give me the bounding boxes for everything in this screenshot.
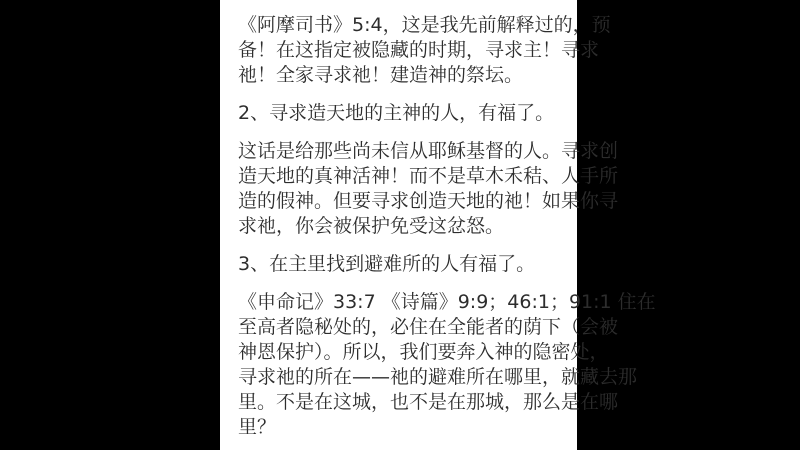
text-line: 3、在主里找到避难所的人有福了。 — [238, 252, 565, 277]
text-line: 里？ — [238, 415, 565, 440]
letterbox-background: 《阿摩司书》5:4，这是我先前解释过的，预 备！在这指定被隐藏的时期，寻求主！寻… — [0, 0, 800, 450]
text-line: 《阿摩司书》5:4，这是我先前解释过的，预 — [238, 13, 565, 38]
text-line: 备！在这指定被隐藏的时期，寻求主！寻求 — [238, 38, 565, 63]
document-panel: 《阿摩司书》5:4，这是我先前解释过的，预 备！在这指定被隐藏的时期，寻求主！寻… — [220, 0, 577, 450]
text-line: 求祂，你会被保护免受这忿怒。 — [238, 214, 565, 239]
paragraph-point-2: 2、寻求造天地的主神的人，有福了。 — [238, 101, 565, 126]
text-line: 《申命记》33:7 《诗篇》9:9；46:1；91:1 住在 — [238, 290, 565, 315]
paragraph-explanation: 这话是给那些尚未信从耶稣基督的人。寻求创 造天地的真神活神！而不是草木禾秸、人手… — [238, 139, 565, 239]
text-line: 神恩保护）。所以，我们要奔入神的隐密处， — [238, 340, 565, 365]
paragraph-point-3: 3、在主里找到避难所的人有福了。 — [238, 252, 565, 277]
text-line: 祂！全家寻求祂！建造神的祭坛。 — [238, 63, 565, 88]
paragraph-amos-5-4: 《阿摩司书》5:4，这是我先前解释过的，预 备！在这指定被隐藏的时期，寻求主！寻… — [238, 13, 565, 88]
text-line: 至高者隐秘处的，必住在全能者的荫下（会被 — [238, 315, 565, 340]
text-line: 里。不是在这城，也不是在那城，那么是在哪 — [238, 390, 565, 415]
text-line: 寻求祂的所在——祂的避难所在哪里，就藏去那 — [238, 365, 565, 390]
paragraph-deuteronomy-psalms: 《申命记》33:7 《诗篇》9:9；46:1；91:1 住在 至高者隐秘处的，必… — [238, 290, 565, 440]
text-line: 2、寻求造天地的主神的人，有福了。 — [238, 101, 565, 126]
text-line: 这话是给那些尚未信从耶稣基督的人。寻求创 — [238, 139, 565, 164]
text-line: 造的假神。但要寻求创造天地的祂！如果你寻 — [238, 189, 565, 214]
text-line: 造天地的真神活神！而不是草木禾秸、人手所 — [238, 164, 565, 189]
